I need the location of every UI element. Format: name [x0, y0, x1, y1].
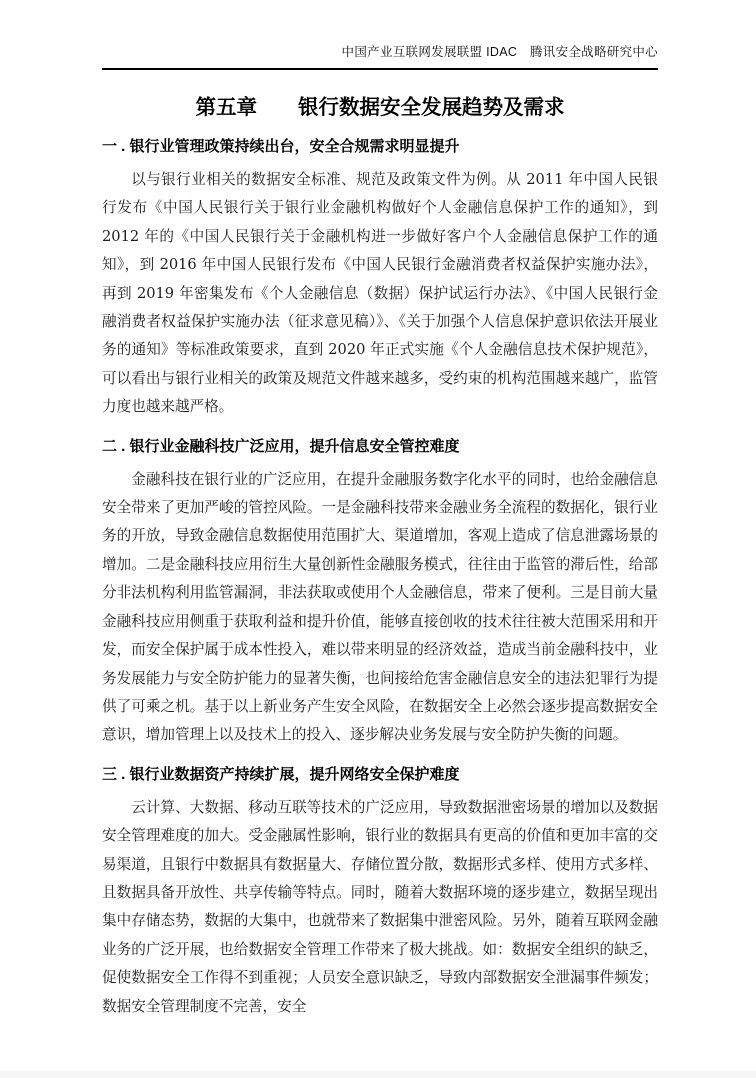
chapter-title: 第五章 银行数据安全发展趋势及需求 — [102, 94, 658, 122]
page-bottom-edge — [0, 1071, 756, 1078]
page-content: 中国产业互联网发展联盟 IDAC 腾讯安全战略研究中心 第五章 银行数据安全发展… — [102, 0, 658, 1021]
section-3: 三 . 银行业数据资产持续扩展，提升网络安全保护难度 云计算、大数据、移动互联等… — [102, 764, 658, 1021]
section-1-paragraph: 以与银行业相关的数据安全标准、规范及政策文件为例。从 2011 年中国人民银行发… — [102, 166, 658, 422]
section-3-heading: 三 . 银行业数据资产持续扩展，提升网络安全保护难度 — [102, 764, 658, 785]
section-3-paragraph: 云计算、大数据、移动互联等技术的广泛应用，导致数据泄密场景的增加以及数据安全管理… — [102, 794, 658, 1021]
section-2-paragraph: 金融科技在银行业的广泛应用，在提升金融服务数字化水平的同时，也给金融信息安全带来… — [102, 466, 658, 750]
running-header: 中国产业互联网发展联盟 IDAC 腾讯安全战略研究中心 — [102, 44, 658, 70]
section-1-heading: 一 . 银行业管理政策持续出台，安全合规需求明显提升 — [102, 136, 658, 157]
document-page: 中国产业互联网发展联盟 IDAC 腾讯安全战略研究中心 第五章 银行数据安全发展… — [0, 0, 756, 1078]
section-2-heading: 二 . 银行业金融科技广泛应用，提升信息安全管控难度 — [102, 436, 658, 457]
section-1: 一 . 银行业管理政策持续出台，安全合规需求明显提升 以与银行业相关的数据安全标… — [102, 136, 658, 422]
section-2: 二 . 银行业金融科技广泛应用，提升信息安全管控难度 金融科技在银行业的广泛应用… — [102, 436, 658, 750]
